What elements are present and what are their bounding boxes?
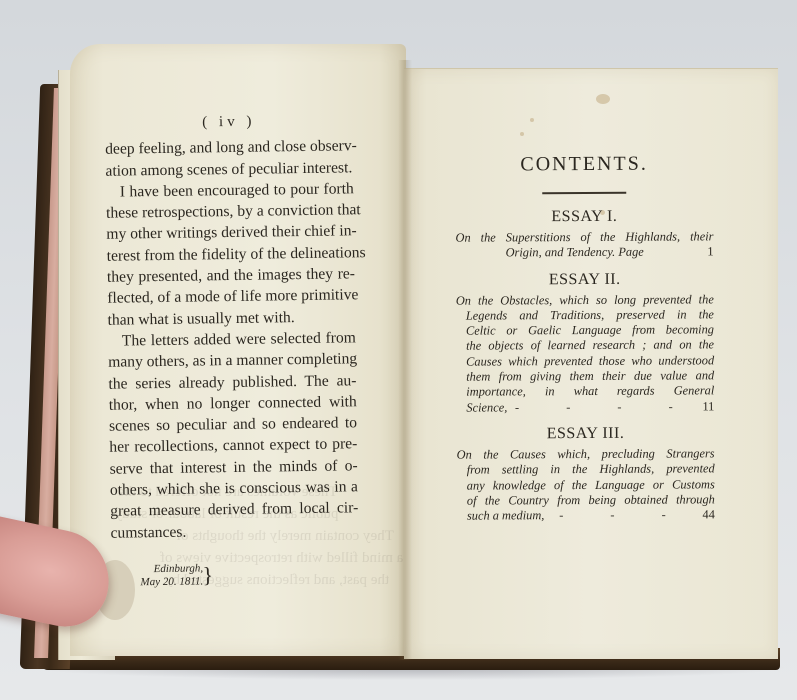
foxing-stain [530,118,534,122]
brace-glyph: } [202,562,213,588]
entry-page-number: 11 [702,399,714,414]
book-gutter [398,60,412,660]
entry-line: Causes which prevented those who underst… [456,353,714,370]
foxing-stain [596,94,610,104]
text-line: great measure derived from local cir- [110,498,358,523]
entry-text: such a medium, [467,508,545,524]
entry-line: from settling in the Highlands, prevente… [457,462,715,479]
entry-line: Legends and Traditions, preserved in the [456,307,714,324]
essay-heading: ESSAY III. [456,424,714,443]
contents-entry: On the Superstitions of the Highlands, t… [455,229,713,261]
entry-line: Science, - - - - 11 [456,399,714,416]
title-rule [542,192,626,194]
entry-line: On the Superstitions of the Highlands, t… [455,229,713,246]
text-line: flected, of a mode of life more primitiv… [107,285,355,310]
entry-line: of the Country from being obtained throu… [457,492,715,509]
page-number: ( iv ) [105,110,353,135]
left-page-text: ( iv ) deep feeling, and long and close … [105,110,360,589]
entry-line: them from giving them their due value an… [456,368,714,385]
entry-page-number: 44 [703,507,715,522]
essay-heading: ESSAY I. [455,207,713,226]
contents-entry: On the Causes which, precluding Stranger… [457,446,715,524]
entry-line: On the Obstacles, which so long prevente… [456,292,714,309]
dot-leader: - - - - [515,399,695,415]
entry-line: any knowledge of the Language or Customs [457,477,715,494]
contents-entry: On the Obstacles, which so long prevente… [456,292,715,416]
entry-line: the objects of learned research ; and on… [456,338,714,355]
foxing-stain [520,132,524,136]
entry-line: such a medium, - - - 44 [457,507,715,524]
dot-leader: - - - [559,508,688,524]
text-line: cumstances. [110,519,358,544]
entry-text: Science, [466,400,507,416]
entry-page-number: 1 [707,245,713,260]
contents-title: CONTENTS. [455,152,713,176]
essay-heading: ESSAY II. [456,270,714,289]
entry-line: Celtic or Gaelic Language from becoming [456,323,714,340]
entry-text: Origin, and Tendency. Page [506,245,644,261]
entry-line: importance, in what regards General [456,384,714,401]
text-line: many others, as in a manner completing [108,349,356,374]
entry-line: Origin, and Tendency. Page 1 [456,245,714,262]
entry-line: On the Causes which, precluding Stranger… [457,446,715,463]
contents-page: CONTENTS. ESSAY I. On the Superstitions … [455,149,715,524]
text-line: deep feeling, and long and close observ- [105,136,353,161]
